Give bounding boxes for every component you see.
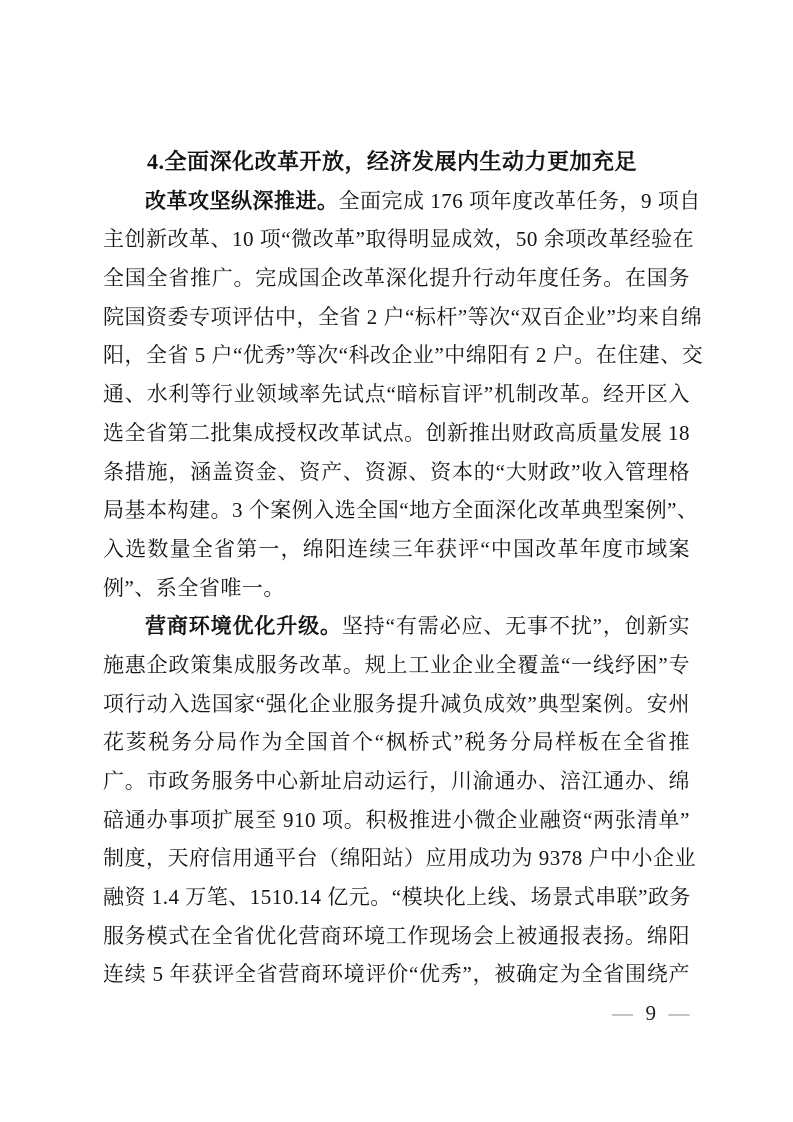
paragraph-1-lead: 改革攻坚纵深推进。 [145, 189, 339, 213]
text-line: 碚通办事项扩展至 910 项。积极推进小微企业融资“两张清单” [103, 801, 690, 840]
paragraph-1-first-line-text: 全面完成 176 项年度改革任务，9 项自 [339, 189, 701, 213]
text-line: 融资 1.4 万笔、1510.14 亿元。“模块化上线、场景式串联”政务 [103, 878, 690, 917]
text-line: 局基本构建。3 个案例入选全国“地方全面深化改革典型案例”、 [103, 491, 690, 530]
text-line: 花荄税务分局作为全国首个“枫桥式”税务分局样板在全省推 [103, 723, 690, 762]
page-number-right-dash: — [669, 1001, 691, 1025]
text-line: 入选数量全省第一，绵阳连续三年获评“中国改革年度市域案 [103, 530, 690, 569]
text-line: 项行动入选国家“强化企业服务提升减负成效”典型案例。安州 [103, 685, 690, 724]
text-line: 广。市政务服务中心新址启动运行，川渝通办、涪江通办、绵 [103, 762, 690, 801]
page-number: —9— [103, 994, 690, 1033]
text-line: 选全省第二批集成授权改革试点。创新推出财政高质量发展 18 [103, 414, 690, 453]
text-line: 主创新改革、10 项“微改革”取得明显成效，50 余项改革经验在 [103, 220, 690, 259]
document-page: 4.全面深化改革开放，经济发展内生动力更加充足 改革攻坚纵深推进。全面完成 17… [0, 0, 793, 1122]
text-line: 阳，全省 5 户“优秀”等次“科改企业”中绵阳有 2 户。在住建、交 [103, 336, 690, 375]
text-line: 制度，天府信用通平台（绵阳站）应用成功为 9378 户中小企业 [103, 839, 690, 878]
text-line: 院国资委专项评估中，全省 2 户“标杆”等次“双百企业”均来自绵 [103, 298, 690, 337]
page-number-value: 9 [646, 1001, 657, 1025]
paragraph-2-first-line-text: 坚持“有需必应、无事不扰”，创新实 [342, 614, 690, 638]
paragraph-2-first-line: 营商环境优化升级。坚持“有需必应、无事不扰”，创新实 [103, 607, 690, 646]
page-number-left-dash: — [612, 1001, 634, 1025]
paragraph-1-first-line: 改革攻坚纵深推进。全面完成 176 项年度改革任务，9 项自 [103, 182, 690, 221]
document-content: 4.全面深化改革开放，经济发展内生动力更加充足 改革攻坚纵深推进。全面完成 17… [103, 143, 690, 1033]
text-line: 例”、系全省唯一。 [103, 569, 690, 608]
text-line: 条措施，涵盖资金、资产、资源、资本的“大财政”收入管理格 [103, 453, 690, 492]
section-heading: 4.全面深化改革开放，经济发展内生动力更加充足 [103, 143, 690, 182]
paragraph-2-lead: 营商环境优化升级。 [145, 614, 342, 638]
text-line: 连续 5 年获评全省营商环境评价“优秀”，被确定为全省围绕产 [103, 955, 690, 994]
text-line: 施惠企政策集成服务改革。规上工业企业全覆盖“一线纾困”专 [103, 646, 690, 685]
text-line: 服务模式在全省优化营商环境工作现场会上被通报表扬。绵阳 [103, 917, 690, 956]
text-line: 通、水利等行业领域率先试点“暗标盲评”机制改革。经开区入 [103, 375, 690, 414]
text-line: 全国全省推广。完成国企改革深化提升行动年度任务。在国务 [103, 259, 690, 298]
